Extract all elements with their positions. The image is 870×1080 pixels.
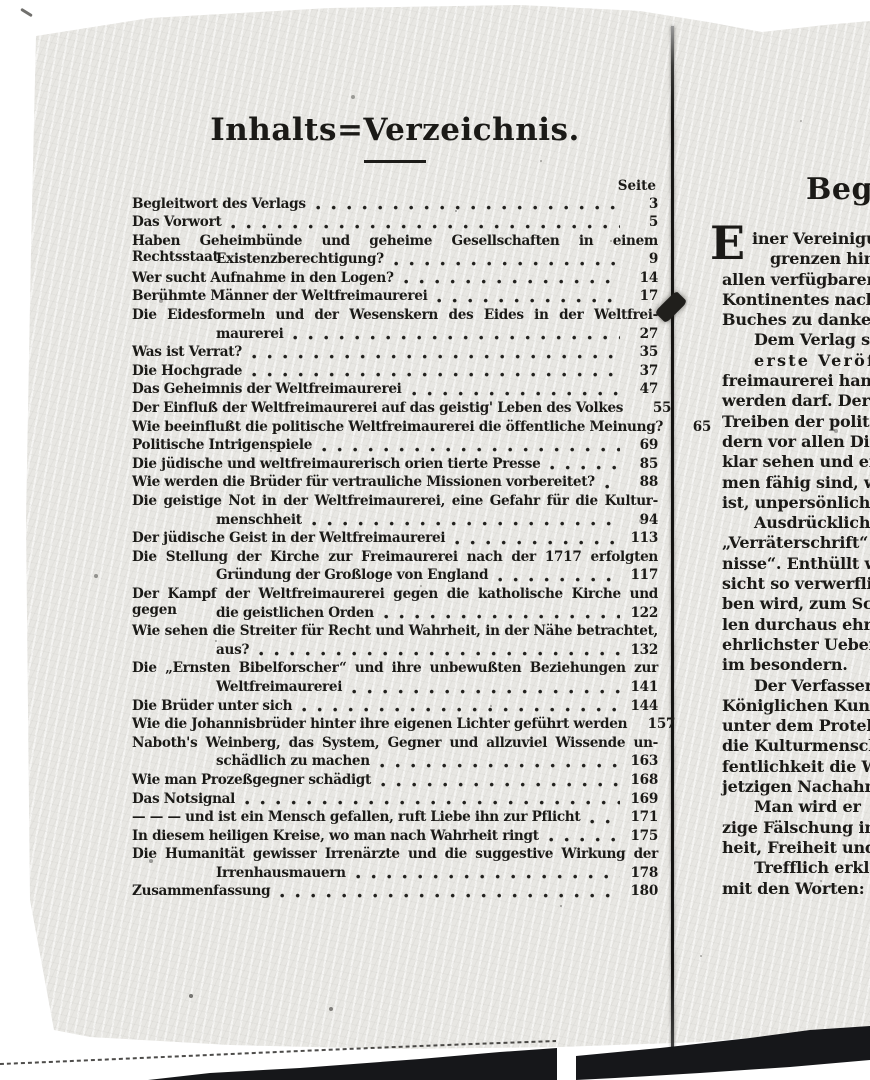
- toc-entry-text: Die Stellung der Kirche zur Freimaurerei…: [132, 549, 658, 565]
- dot-leader: [245, 800, 620, 805]
- toc-entry-line: Wie die Johannisbrüder hinter ihre eigen…: [132, 716, 658, 735]
- toc-entry-line: die geistlichen Orden122: [132, 605, 658, 624]
- toc-page-number: 132: [628, 642, 658, 658]
- toc-entry-list: Begleitwort des Verlags3Das Vorwort5Habe…: [132, 196, 658, 903]
- toc-entry-text: Existenzberechtigung?: [216, 251, 384, 267]
- toc-entry-line: schädlich zu machen163: [132, 753, 658, 772]
- toc-page-number: 113: [628, 530, 658, 546]
- toc-entry-text: Zusammenfassung: [132, 883, 270, 899]
- toc-entry-text: Wie die Johannisbrüder hinter ihre eigen…: [132, 716, 627, 732]
- dot-leader: [231, 224, 620, 229]
- dot-leader: [312, 521, 620, 526]
- next-page-text-line: klar sehen und einen: [722, 452, 870, 472]
- toc-entry-line: Haben Geheimbünde und geheime Gesellscha…: [132, 233, 658, 252]
- toc-entry-line: Der jüdische Geist in der Weltfreimaurer…: [132, 530, 658, 549]
- toc-page-number: 65: [681, 419, 711, 435]
- next-page-text-line: zige Fälschung in d: [722, 818, 870, 838]
- toc-entry-line: Politische Intrigenspiele69: [132, 437, 658, 456]
- toc-entry-line: Die Eidesformeln und der Wesenskern des …: [132, 307, 658, 326]
- toc-entry-text: die geistlichen Orden: [216, 605, 374, 621]
- toc-page-number: 171: [628, 809, 658, 825]
- toc-entry-line: — — — und ist ein Mensch gefallen, ruft …: [132, 809, 658, 828]
- next-page-text-line: Treiben der politische: [722, 412, 870, 432]
- next-page-text-line: Königlichen Kunst,: [722, 696, 870, 716]
- toc-page-number: 85: [628, 456, 658, 472]
- next-page-text-line: allen verfügbaren Mi: [722, 270, 870, 290]
- toc-page-number: 5: [628, 214, 658, 230]
- toc-entry-text: Wie man Prozeßgegner schädigt: [132, 772, 371, 788]
- next-page-text-line: nisse“. Enthüllt wer: [722, 554, 870, 574]
- dot-leader: [381, 782, 620, 787]
- toc-entry-line: Die Stellung der Kirche zur Freimaurerei…: [132, 549, 658, 568]
- toc-entry-text: Die Humanität gewisser Irrenärzte und di…: [132, 846, 658, 862]
- page-title: Inhalts=Verzeichnis.: [132, 112, 658, 148]
- toc-entry-text: Der Einfluß der Weltfreimaurerei auf das…: [132, 400, 623, 416]
- toc-entry-line: Die jüdische und weltfreimaurerisch orie…: [132, 456, 658, 475]
- scan-speckles: [0, 0, 2, 2]
- toc-entry-line: Was ist Verrat?35: [132, 344, 658, 363]
- toc-entry-line: aus?132: [132, 642, 658, 661]
- toc-entry-text: Die Hochgrade: [132, 363, 242, 379]
- dot-leader: [302, 707, 620, 712]
- toc-entry-text: Weltfreimaurerei: [216, 679, 342, 695]
- dot-leader: [380, 763, 620, 768]
- toc-entry-text: Wer sucht Aufnahme in den Logen?: [132, 270, 394, 286]
- page-gutter-line: [671, 26, 674, 1054]
- toc-entry-text: schädlich zu machen: [216, 753, 370, 769]
- toc-page-number: 35: [628, 344, 658, 360]
- toc-entry-line: Die Brüder unter sich144: [132, 698, 658, 717]
- toc-page-number: 27: [628, 326, 658, 342]
- toc-page-number: 14: [628, 270, 658, 286]
- table-of-contents: Inhalts=Verzeichnis. Seite Begleitwort d…: [132, 112, 658, 902]
- toc-page-number: 180: [628, 883, 658, 899]
- toc-entry-text: Naboth's Weinberg, das System, Gegner un…: [132, 735, 658, 751]
- next-page-text-line: „Verräterschrift“ ha: [722, 533, 870, 553]
- next-page-text-line: unter dem Protekto: [722, 716, 870, 736]
- dot-leader: [455, 540, 620, 545]
- dot-leader: [550, 465, 620, 470]
- next-page-text-line: ben wird, zum Scha: [722, 594, 870, 614]
- next-page-text-line: len durchaus ehren: [722, 615, 870, 635]
- next-page-text-line: Kontinentes nach Mö: [722, 290, 870, 310]
- toc-entry-text: Wie beeinflußt die politische Weltfreima…: [132, 419, 663, 435]
- next-page-text-line: Buches zu danken.: [722, 310, 870, 330]
- toc-page-number: 69: [628, 437, 658, 453]
- dot-leader: [252, 354, 620, 359]
- toc-entry-text: Die „Ernsten Bibelforscher“ und ihre unb…: [132, 660, 658, 676]
- next-page-text-line: heit, Freiheit und: [722, 838, 870, 858]
- next-page-text-line: Dem Verlag sei: [754, 330, 870, 350]
- toc-page-number: 88: [628, 474, 658, 490]
- next-page-text-line: erste Veröffent: [754, 351, 870, 371]
- next-page-text-line: werden darf. Der V: [722, 391, 870, 411]
- toc-page-number: 9: [628, 251, 658, 267]
- next-page-text-line: jetzigen Nachahmer: [722, 777, 870, 797]
- toc-entry-text: Die geistige Not in der Weltfreimaurerei…: [132, 493, 658, 509]
- toc-page-number: 141: [628, 679, 658, 695]
- toc-entry-text: Der jüdische Geist in der Weltfreimaurer…: [132, 530, 445, 546]
- toc-entry-text: maurerei: [216, 326, 283, 342]
- dot-leader: [590, 819, 620, 824]
- toc-entry-line: Weltfreimaurerei141: [132, 679, 658, 698]
- next-page-text-line: grenzen hinaus e: [770, 249, 870, 269]
- toc-entry-line: maurerei27: [132, 326, 658, 345]
- toc-entry-line: Gründung der Großloge von England117: [132, 567, 658, 586]
- dot-leader: [549, 837, 620, 842]
- toc-page-number: 144: [628, 698, 658, 714]
- next-page-text-line: iner Vereinigung ü: [752, 229, 870, 249]
- toc-entry-line: Die Hochgrade37: [132, 363, 658, 382]
- dot-leader: [404, 279, 620, 284]
- dot-leader: [498, 577, 620, 582]
- toc-entry-line: Wie man Prozeßgegner schädigt168: [132, 772, 658, 791]
- toc-entry-text: Das Geheimnis der Weltfreimaurerei: [132, 381, 402, 397]
- toc-page-number: 47: [628, 381, 658, 397]
- toc-entry-text: Die Brüder unter sich: [132, 698, 292, 714]
- toc-entry-text: aus?: [216, 642, 249, 658]
- toc-entry-text: Wie werden die Brüder für vertrauliche M…: [132, 474, 595, 490]
- next-page-preview: Begle E iner Vereinigung ügrenzen hinaus…: [710, 172, 870, 899]
- toc-entry-line: Berühmte Männer der Weltfreimaurerei17: [132, 288, 658, 307]
- dot-leader: [293, 335, 620, 340]
- next-page-text-line: ist, unpersönlich zu: [722, 493, 870, 513]
- dot-leader: [352, 689, 620, 694]
- toc-page-number: 175: [628, 828, 658, 844]
- toc-page-number: 37: [628, 363, 658, 379]
- toc-entry-text: Irrenhausmauern: [216, 865, 346, 881]
- next-page-text-line: freimaurerei handelt,: [722, 371, 870, 391]
- dot-leader: [280, 893, 620, 898]
- toc-entry-line: Irrenhausmauern178: [132, 865, 658, 884]
- toc-entry-line: Begleitwort des Verlags3: [132, 196, 658, 215]
- dot-leader: [605, 484, 620, 489]
- next-page-text-block: E iner Vereinigung ügrenzen hinaus ealle…: [710, 229, 870, 899]
- toc-entry-line: menschheit94: [132, 512, 658, 531]
- next-page-text-line: Trefflich erklä: [754, 858, 870, 878]
- book-block-shadow-left: [148, 1048, 557, 1080]
- dot-leader: [384, 614, 620, 619]
- toc-entry-text: Gründung der Großloge von England: [216, 567, 488, 583]
- toc-entry-line: Die „Ernsten Bibelforscher“ und ihre unb…: [132, 660, 658, 679]
- toc-entry-line: Das Geheimnis der Weltfreimaurerei47: [132, 381, 658, 400]
- toc-entry-line: Das Notsignal169: [132, 791, 658, 810]
- toc-entry-line: Wie sehen die Streiter für Recht und Wah…: [132, 623, 658, 642]
- drop-cap-initial: E: [710, 222, 745, 264]
- dot-leader: [259, 651, 620, 656]
- toc-entry-line: Wie werden die Brüder für vertrauliche M…: [132, 474, 658, 493]
- toc-page-number: 178: [628, 865, 658, 881]
- toc-entry-text: — — — und ist ein Mensch gefallen, ruft …: [132, 809, 580, 825]
- toc-entry-line: Wer sucht Aufnahme in den Logen?14: [132, 270, 658, 289]
- toc-entry-line: In diesem heiligen Kreise, wo man nach W…: [132, 828, 658, 847]
- next-page-text-line: fentlichkeit die Wah: [722, 757, 870, 777]
- next-page-text-line: Ausdrücklich sei: [754, 513, 870, 533]
- next-page-text-line: dern vor allen Dinge: [722, 432, 870, 452]
- toc-page-number: 94: [628, 512, 658, 528]
- toc-entry-line: Wie beeinflußt die politische Weltfreima…: [132, 419, 658, 438]
- dot-leader: [356, 874, 620, 879]
- toc-entry-text: Begleitwort des Verlags: [132, 196, 306, 212]
- toc-entry-line: Die geistige Not in der Weltfreimaurerei…: [132, 493, 658, 512]
- toc-entry-line: Zusammenfassung180: [132, 883, 658, 902]
- title-rule: [364, 160, 426, 163]
- toc-entry-text: In diesem heiligen Kreise, wo man nach W…: [132, 828, 539, 844]
- toc-entry-line: Naboth's Weinberg, das System, Gegner un…: [132, 735, 658, 754]
- toc-entry-text: Wie sehen die Streiter für Recht und Wah…: [132, 623, 658, 639]
- dot-leader: [412, 391, 620, 396]
- dot-leader: [437, 298, 620, 303]
- dot-leader: [316, 205, 620, 210]
- toc-entry-text: Die Eidesformeln und der Wesenskern des …: [132, 307, 658, 323]
- toc-page-number: 122: [628, 605, 658, 621]
- toc-page-number: 168: [628, 772, 658, 788]
- toc-entry-line: Der Kampf der Weltfreimaurerei gegen die…: [132, 586, 658, 605]
- toc-entry-line: Das Vorwort5: [132, 214, 658, 233]
- scan-artifact-mark: [20, 8, 33, 17]
- toc-page-number: 163: [628, 753, 658, 769]
- next-page-heading-fragment: Begle: [806, 172, 870, 207]
- next-page-text-line: ehrlichster Ueberzeu: [722, 635, 870, 655]
- toc-entry-text: Berühmte Männer der Weltfreimaurerei: [132, 288, 427, 304]
- toc-entry-text: Das Vorwort: [132, 214, 221, 230]
- next-page-text-line: im besondern.: [722, 655, 870, 675]
- dot-leader: [322, 447, 620, 452]
- dot-leader: [252, 372, 620, 377]
- toc-entry-text: Was ist Verrat?: [132, 344, 242, 360]
- toc-page-number: 157: [645, 716, 675, 732]
- page-column-label: Seite: [132, 178, 658, 194]
- next-page-text-line: mit den Worten: „: [722, 879, 870, 899]
- dot-leader: [394, 261, 620, 266]
- toc-entry-text: Das Notsignal: [132, 791, 235, 807]
- next-page-text-line: Man wird er: [754, 797, 870, 817]
- next-page-text-line: sicht so verwerfliche: [722, 574, 870, 594]
- toc-page-number: 55: [641, 400, 671, 416]
- next-page-text-line: Der Verfasser: [754, 676, 870, 696]
- next-page-text-line: men fähig sind, wo e: [722, 473, 870, 493]
- toc-entry-text: Politische Intrigenspiele: [132, 437, 312, 453]
- toc-entry-text: Die jüdische und weltfreimaurerisch orie…: [132, 456, 540, 472]
- toc-entry-line: Der Einfluß der Weltfreimaurerei auf das…: [132, 400, 658, 419]
- toc-page-number: 117: [628, 567, 658, 583]
- toc-page-number: 169: [628, 791, 658, 807]
- toc-entry-line: Die Humanität gewisser Irrenärzte und di…: [132, 846, 658, 865]
- scanned-book-spread: Inhalts=Verzeichnis. Seite Begleitwort d…: [0, 0, 870, 1080]
- toc-entry-text: menschheit: [216, 512, 302, 528]
- toc-page-number: 17: [628, 288, 658, 304]
- next-page-text-line: die Kulturmenschhei: [722, 736, 870, 756]
- toc-page-number: 3: [628, 196, 658, 212]
